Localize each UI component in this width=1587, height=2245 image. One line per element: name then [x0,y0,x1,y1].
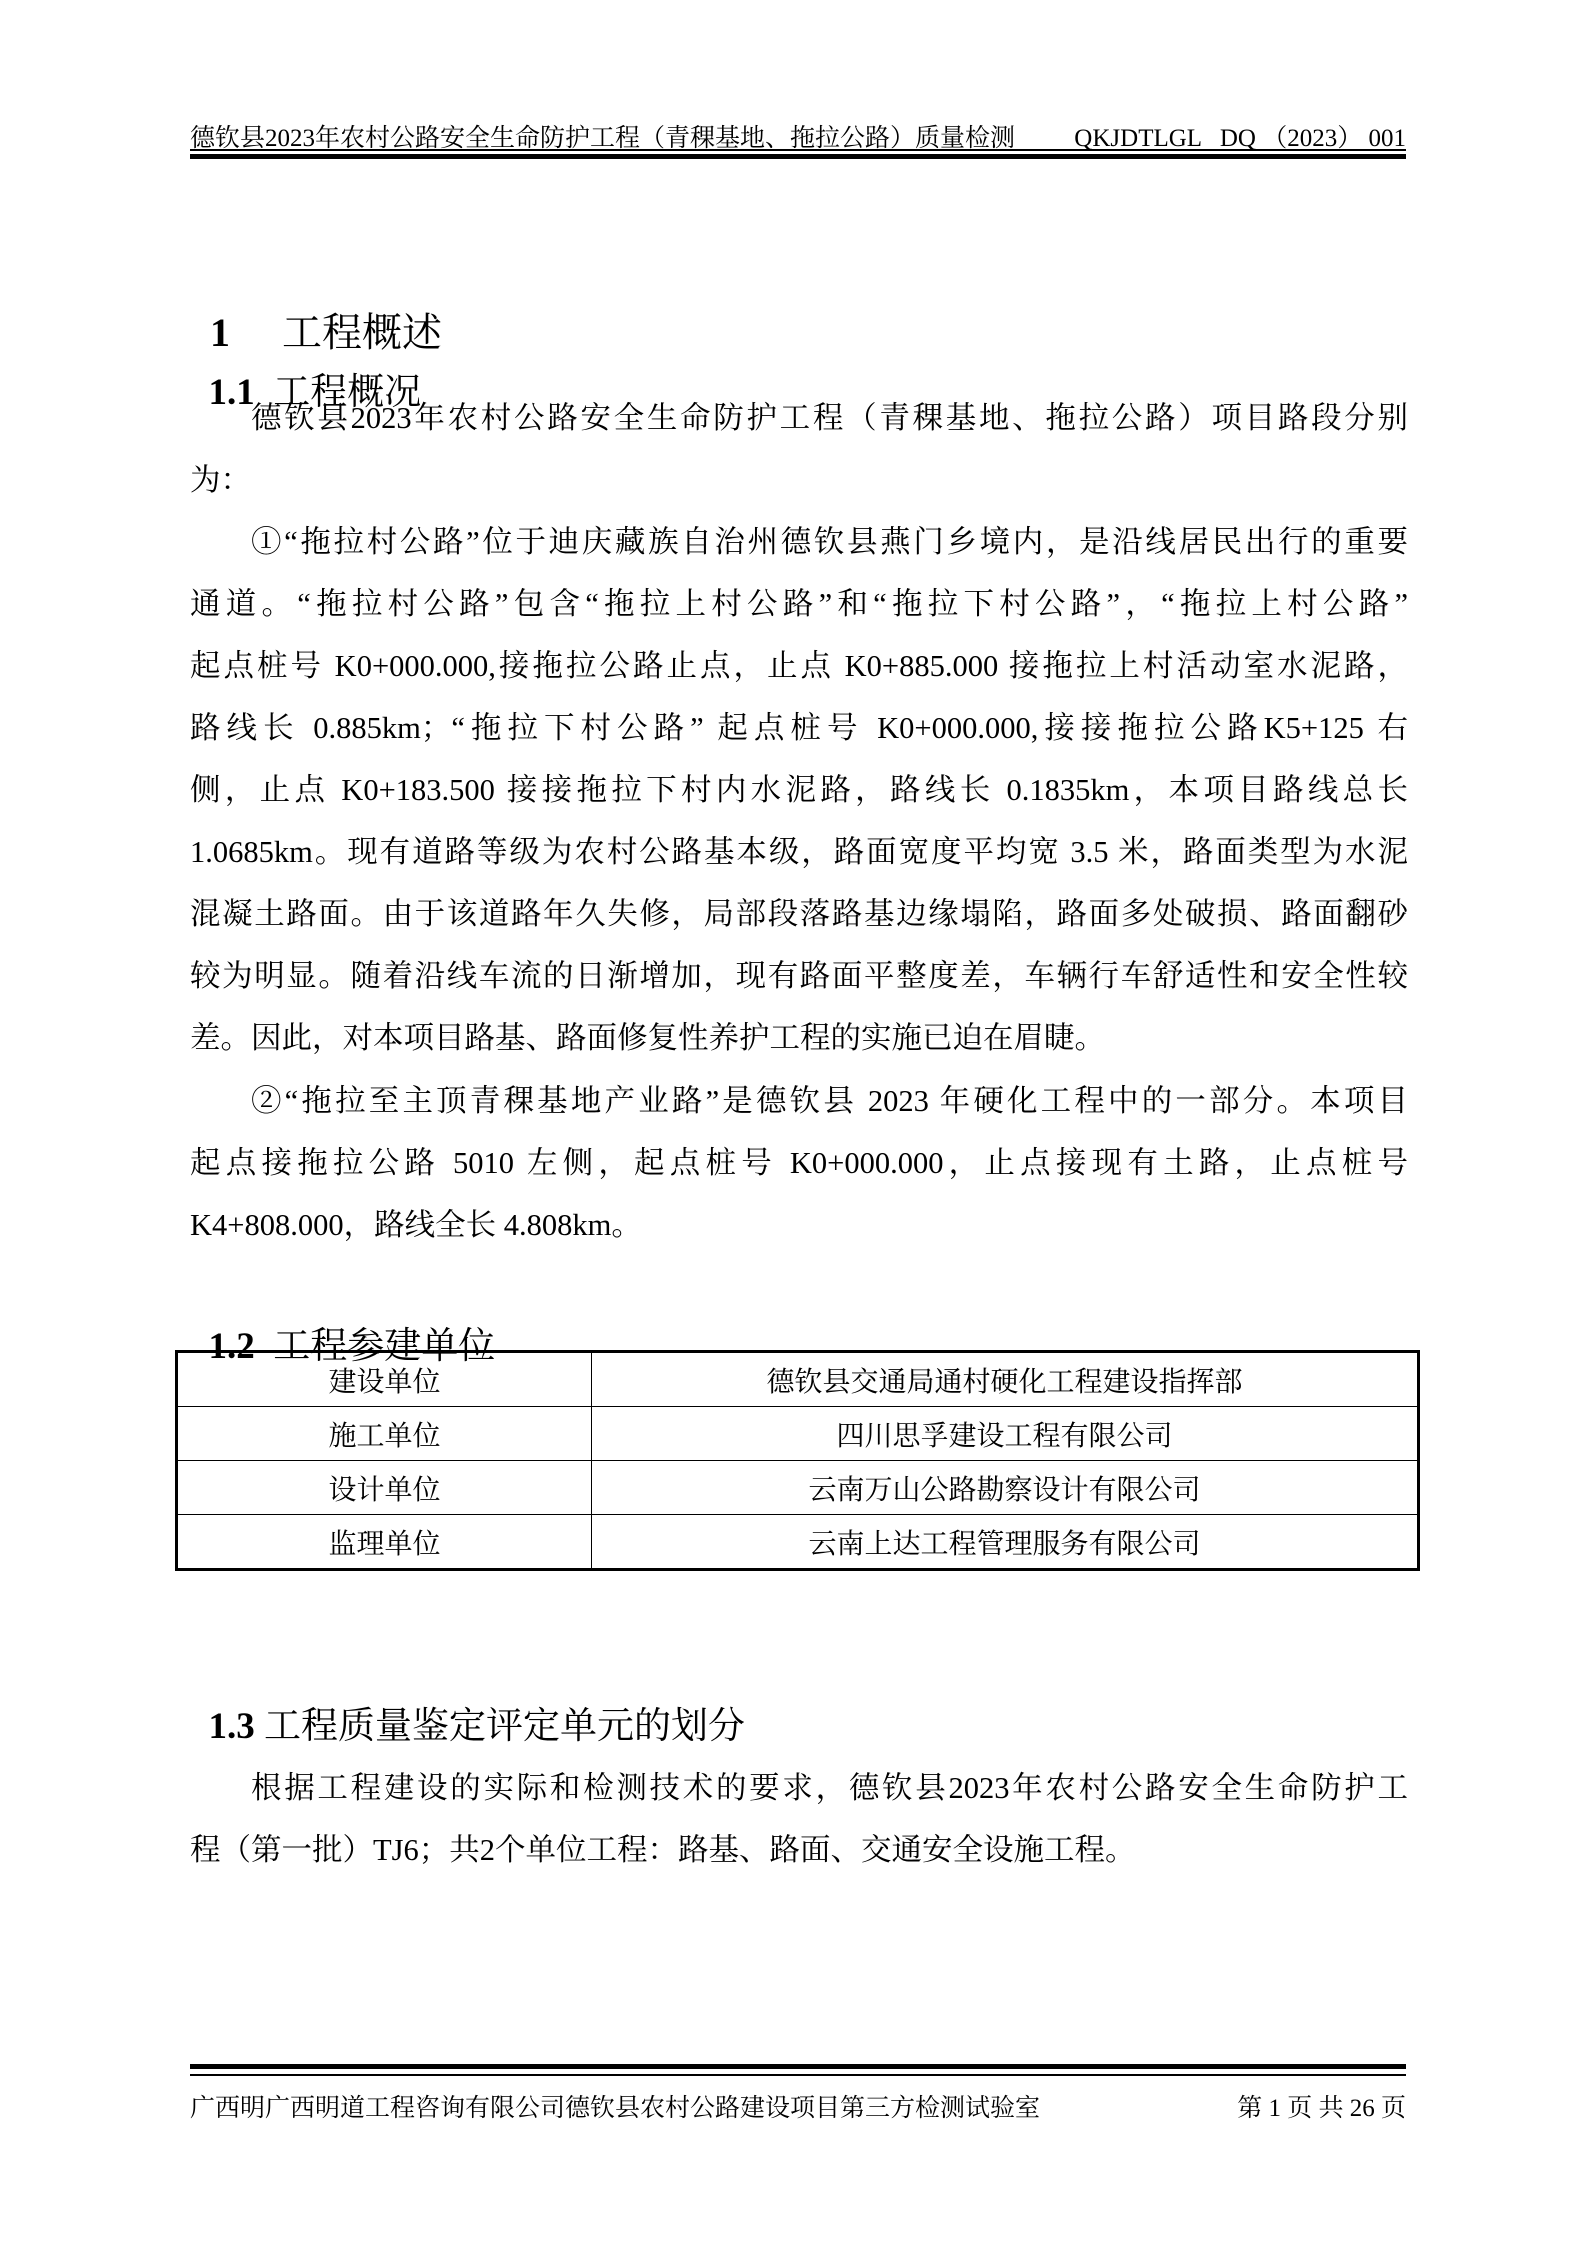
text-line: 通道。“拖拉村公路”包含“拖拉上村公路”和“拖拉下村公路”，“拖拉上村公路” [190,573,1408,635]
text-line: 1.0685km。现有道路等级为农村公路基本级，路面宽度平均宽 3.5 米，路面… [190,821,1408,883]
role-cell: 建设单位 [177,1352,592,1407]
table-row: 施工单位 四川思孚建设工程有限公司 [177,1407,1419,1461]
org-cell: 四川思孚建设工程有限公司 [592,1407,1419,1461]
role-cell: 施工单位 [177,1407,592,1461]
section-title: 工程质量鉴定评定单元的划分 [264,1706,745,1747]
section-number: 1.3 [209,1706,255,1747]
text-line: K4+808.000，路线全长 4.808km。 [190,1194,1408,1256]
paragraph-item-2: ②“拖拉至主顶青稞基地产业路”是德钦县 2023 年硬化工程中的一部分。本项目 … [190,1070,1408,1256]
footer-rule-thick [190,2064,1406,2069]
text-line: 路线长 0.885km；“拖拉下村公路” 起点桩号 K0+000.000,接接拖… [190,697,1408,759]
org-cell: 云南万山公路勘察设计有限公司 [592,1461,1419,1515]
text-line: 程（第一批）TJ6；共2个单位工程：路基、路面、交通安全设施工程。 [190,1819,1408,1881]
page-header: 德钦县2023年农村公路安全生命防护工程（青稞基地、拖拉公路）质量检测 QKJD… [190,114,1406,158]
role-cell: 设计单位 [177,1461,592,1515]
text-line: ①“拖拉村公路”位于迪庆藏族自治州德钦县燕门乡境内，是沿线居民出行的重要 [190,511,1408,573]
text-line: 根据工程建设的实际和检测技术的要求，德钦县2023年农村公路安全生命防护工 [190,1757,1408,1819]
org-cell: 德钦县交通局通村硬化工程建设指挥部 [592,1352,1419,1407]
table-row: 建设单位 德钦县交通局通村硬化工程建设指挥部 [177,1352,1419,1407]
table-row: 监理单位 云南上达工程管理服务有限公司 [177,1515,1419,1570]
text-line: 为： [190,449,1408,511]
section-heading-1-3: 1.3 工程质量鉴定评定单元的划分 [190,1652,745,1749]
paragraph-unit-division: 根据工程建设的实际和检测技术的要求，德钦县2023年农村公路安全生命防护工 程（… [190,1757,1408,1881]
role-cell: 监理单位 [177,1515,592,1570]
text-line: 侧，止点 K0+183.500 接接拖拉下村内水泥路，路线长 0.1835km，… [190,759,1408,821]
paragraph-item-1: ①“拖拉村公路”位于迪庆藏族自治州德钦县燕门乡境内，是沿线居民出行的重要 通道。… [190,511,1408,1069]
paragraph-intro: 德钦县2023年农村公路安全生命防护工程（青稞基地、拖拉公路）项目路段分别 为： [190,387,1408,511]
text-line: 较为明显。随着沿线车流的日渐增加，现有路面平整度差，车辆行车舒适性和安全性较 [190,945,1408,1007]
header-rule-thick [190,154,1406,159]
page-number: 第 1 页 共 26 页 [1237,2088,1406,2124]
participating-units-table: 建设单位 德钦县交通局通村硬化工程建设指挥部 施工单位 四川思孚建设工程有限公司… [175,1350,1420,1571]
text-line: 起点桩号 K0+000.000,接拖拉公路止点，止点 K0+885.000 接拖… [190,635,1408,697]
text-line: 差。因此，对本项目路基、路面修复性养护工程的实施已迫在眉睫。 [190,1007,1408,1069]
text-line: ②“拖拉至主顶青稞基地产业路”是德钦县 2023 年硬化工程中的一部分。本项目 [190,1070,1408,1132]
text-line: 德钦县2023年农村公路安全生命防护工程（青稞基地、拖拉公路）项目路段分别 [190,387,1408,449]
text-line: 混凝土路面。由于该道路年久失修，局部段落路基边缘塌陷，路面多处破损、路面翻砂 [190,883,1408,945]
table-row: 设计单位 云南万山公路勘察设计有限公司 [177,1461,1419,1515]
org-cell: 云南上达工程管理服务有限公司 [592,1515,1419,1570]
footer-rule-thin [190,2074,1406,2076]
text-line: 起点接拖拉公路 5010 左侧，起点桩号 K0+000.000，止点接现有土路，… [190,1132,1408,1194]
footer-organization: 广西明广西明道工程咨询有限公司德钦县农村公路建设项目第三方检测试验室 [190,2088,1040,2124]
header-rule-thin [190,149,1406,151]
page-footer: 广西明广西明道工程咨询有限公司德钦县农村公路建设项目第三方检测试验室 第 1 页… [190,2088,1406,2124]
